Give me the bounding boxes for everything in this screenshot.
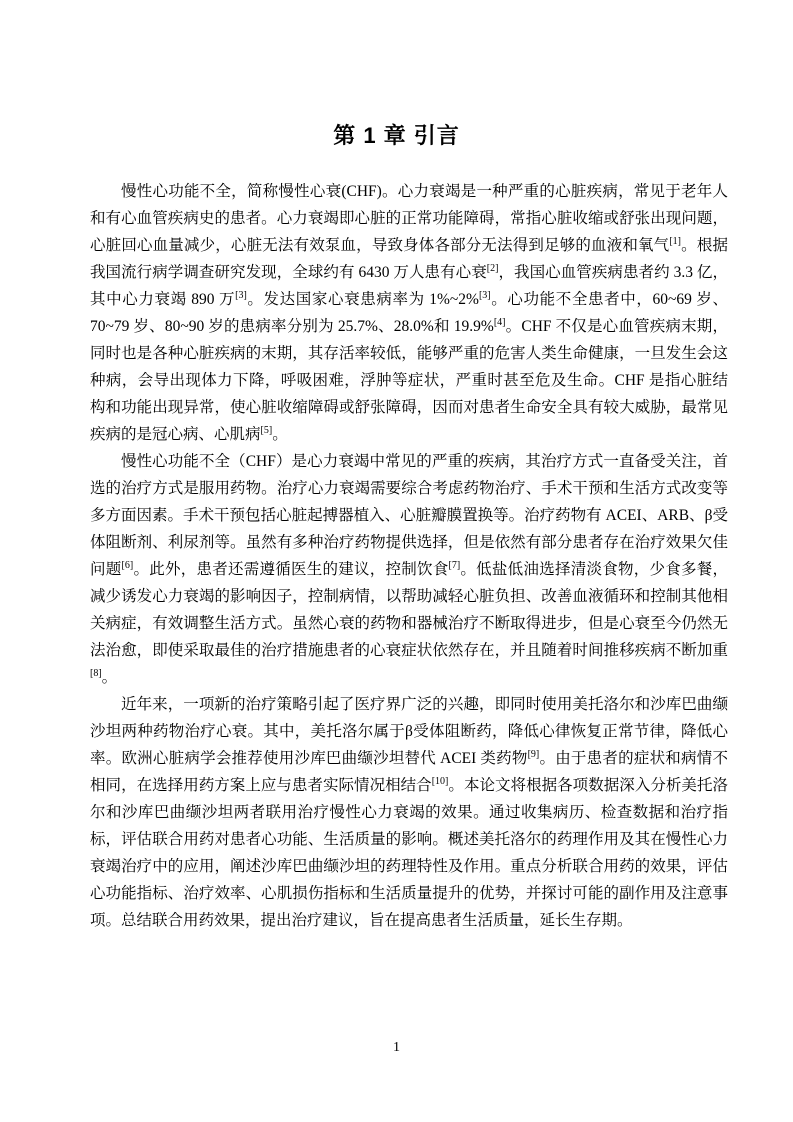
citation-marker: [7] <box>449 560 461 571</box>
citation-marker: [6] <box>122 560 134 571</box>
citation-marker: [2] <box>487 263 499 274</box>
paragraph: 慢性心功能不全，简称慢性心衰(CHF)。心力衰竭是一种严重的心脏疾病，常见于老年… <box>90 178 728 448</box>
document-body: 慢性心功能不全，简称慢性心衰(CHF)。心力衰竭是一种严重的心脏疾病，常见于老年… <box>0 178 793 934</box>
citation-marker: [1] <box>669 236 681 247</box>
paragraph: 慢性心功能不全（CHF）是心力衰竭中常见的严重的疾病，其治疗方式一直备受关注，首… <box>90 448 728 691</box>
chapter-title: 第 1 章 引言 <box>0 0 793 151</box>
citation-marker: [4] <box>494 317 506 328</box>
page-number: 1 <box>393 1040 400 1055</box>
citation-marker: [9] <box>528 749 540 760</box>
page-footer: 1 <box>0 1040 793 1056</box>
citation-marker: [5] <box>261 425 273 436</box>
citation-marker: [3] <box>479 290 491 301</box>
document-page: 第 1 章 引言 慢性心功能不全，简称慢性心衰(CHF)。心力衰竭是一种严重的心… <box>0 0 793 1122</box>
citation-marker: [8] <box>90 668 102 679</box>
citation-marker: [3] <box>235 290 247 301</box>
paragraph: 近年来，一项新的治疗策略引起了医疗界广泛的兴趣，即同时使用美托洛尔和沙库巴曲缬沙… <box>90 691 728 934</box>
citation-marker: [10] <box>432 776 449 787</box>
